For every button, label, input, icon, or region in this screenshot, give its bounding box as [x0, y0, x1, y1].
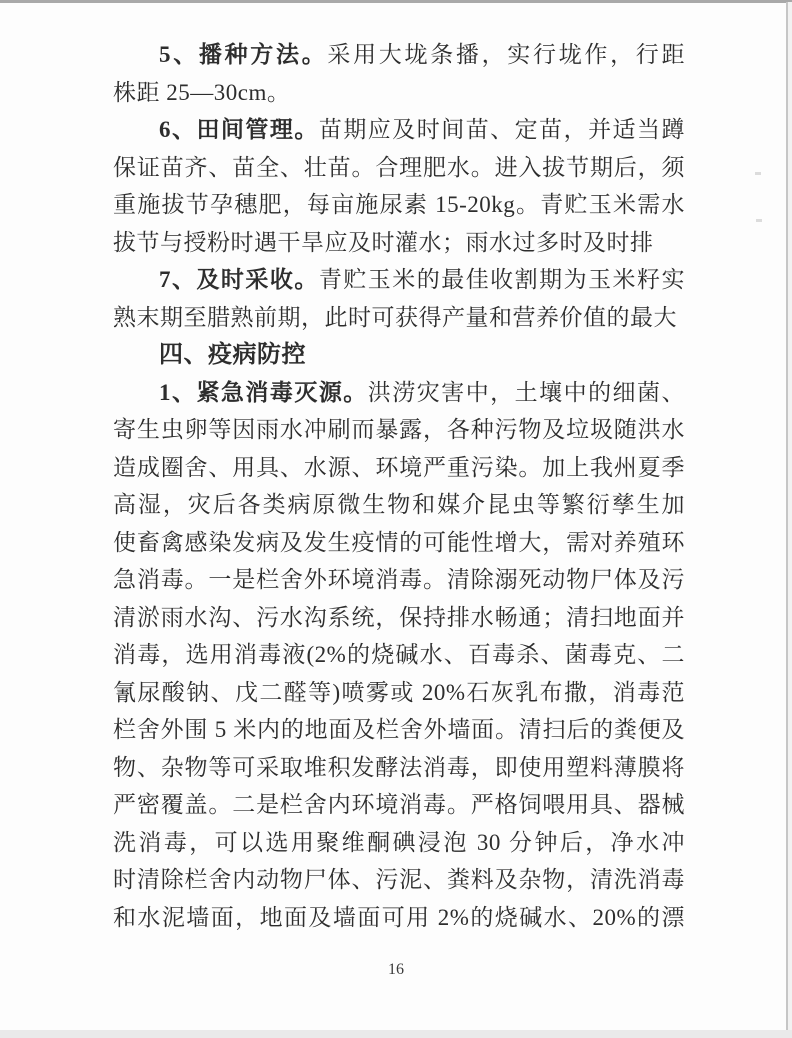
text-line: 7、及时采收。青贮玉米的最佳收割期为玉米籽实的乳	[113, 261, 685, 299]
text-line: 重施拔节孕穗肥，每亩施尿素 15-20kg。青贮玉米需水较多，	[113, 186, 685, 224]
line-text: 拔节与授粉时遇干旱应及时灌水；雨水过多时及时排涝。	[113, 230, 654, 262]
line-text: 高湿，灾后各类病原微生物和媒介昆虫等繁衍孳生加快，致	[113, 492, 685, 524]
text-line: 栏舍外围 5 米内的地面及栏舍外墙面。清扫后的粪便及污	[113, 711, 685, 749]
text-line: 1、紧急消毒灭源。洪涝灾害中，土壤中的细菌、病毒、	[113, 374, 685, 412]
scanned-document-page: 5、播种方法。采用大垅条播，实行垅作，行距 40cm，株距 25—30cm。6、…	[0, 0, 792, 1038]
line-text: 造成圈舍、用具、水源、环境严重污染。加上我州夏季高温	[113, 455, 685, 487]
heading-text: 四、疫病防控	[159, 341, 306, 368]
scan-edge-top	[0, 0, 792, 3]
page-number: 16	[0, 961, 792, 979]
line-lead-bold: 5、播种方法。	[159, 42, 327, 67]
line-text: 消毒，选用消毒液(2%的烧碱水、百毒杀、菌毒克、二氯异	[113, 642, 685, 674]
scan-noise-speck	[756, 219, 762, 222]
line-lead-bold: 7、及时采收。	[159, 267, 319, 292]
text-line: 高湿，灾后各类病原微生物和媒介昆虫等繁衍孳生加快，致	[113, 486, 685, 524]
scan-edge-right-line	[786, 2, 788, 1038]
line-text: 和水泥墙面，地面及墙面可用 2%的烧碱水、20%的漂白粉、	[113, 905, 685, 937]
line-text: 氰尿酸钠、戊二醛等)喷雾或 20%石灰乳布撒，消毒范围包括	[113, 680, 685, 712]
text-line: 消毒，选用消毒液(2%的烧碱水、百毒杀、菌毒克、二氯异	[113, 636, 685, 674]
line-text: 栏舍外围 5 米内的地面及栏舍外墙面。清扫后的粪便及污	[113, 717, 685, 749]
line-text: 洗消毒，可以选用聚维酮碘浸泡 30 分钟后，净水冲洗。及	[113, 830, 685, 862]
text-line: 造成圈舍、用具、水源、环境严重污染。加上我州夏季高温	[113, 449, 685, 487]
section-heading: 四、疫病防控	[113, 336, 685, 374]
line-text: 寄生虫卵等因雨水冲刷而暴露，各种污物及垃圾随洪水流淌，	[113, 417, 685, 449]
text-line: 清淤雨水沟、污水沟系统，保持排水畅通；清扫地面并全面	[113, 599, 685, 637]
line-text: 时清除栏舍内动物尸体、污泥、粪料及杂物，清洗消毒地面	[113, 867, 685, 899]
line-text: 物、杂物等可采取堆积发酵法消毒，即使用塑料薄膜将粪污	[113, 755, 685, 787]
line-text: 严密覆盖。二是栏舍内环境消毒。严格饲喂用具、器械等清	[113, 792, 685, 824]
text-line: 使畜禽感染发病及发生疫情的可能性增大，需对养殖环境紧	[113, 524, 685, 562]
line-text: 重施拔节孕穗肥，每亩施尿素 15-20kg。青贮玉米需水较多，	[113, 192, 685, 224]
scan-noise-speck	[755, 172, 761, 175]
text-line: 和水泥墙面，地面及墙面可用 2%的烧碱水、20%的漂白粉、	[113, 899, 685, 937]
text-line: 熟末期至腊熟前期，此时可获得产量和营养价值的最大值。	[113, 299, 685, 337]
text-line: 严密覆盖。二是栏舍内环境消毒。严格饲喂用具、器械等清	[113, 786, 685, 824]
line-text: 熟末期至腊熟前期，此时可获得产量和营养价值的最大值。	[113, 305, 677, 337]
text-line: 保证苗齐、苗全、壮苗。合理肥水。进入拔节期后，须及时	[113, 149, 685, 187]
scan-edge-bottom	[0, 1030, 792, 1038]
text-line: 物、杂物等可采取堆积发酵法消毒，即使用塑料薄膜将粪污	[113, 749, 685, 787]
text-line: 氰尿酸钠、戊二醛等)喷雾或 20%石灰乳布撒，消毒范围包括	[113, 674, 685, 712]
line-text: 保证苗齐、苗全、壮苗。合理肥水。进入拔节期后，须及时	[113, 155, 685, 187]
text-line: 6、田间管理。苗期应及时间苗、定苗，并适当蹲苗，	[113, 111, 685, 149]
line-lead-bold: 6、田间管理。	[159, 117, 319, 142]
line-text: 株距 25—30cm。	[113, 80, 290, 105]
line-lead-bold: 1、紧急消毒灭源。	[159, 380, 368, 405]
scan-edge-right-strip	[788, 2, 792, 1038]
text-line: 拔节与授粉时遇干旱应及时灌水；雨水过多时及时排涝。	[113, 224, 685, 262]
text-line: 5、播种方法。采用大垅条播，实行垅作，行距 40cm，	[113, 36, 685, 74]
text-block: 5、播种方法。采用大垅条播，实行垅作，行距 40cm，株距 25—30cm。6、…	[113, 36, 685, 936]
line-text: 清淤雨水沟、污水沟系统，保持排水畅通；清扫地面并全面	[113, 605, 685, 637]
text-line: 株距 25—30cm。	[113, 74, 685, 112]
text-line: 寄生虫卵等因雨水冲刷而暴露，各种污物及垃圾随洪水流淌，	[113, 411, 685, 449]
text-line: 时清除栏舍内动物尸体、污泥、粪料及杂物，清洗消毒地面	[113, 861, 685, 899]
text-line: 急消毒。一是栏舍外环境消毒。清除溺死动物尸体及污染物；	[113, 561, 685, 599]
line-text: 使畜禽感染发病及发生疫情的可能性增大，需对养殖环境紧	[113, 530, 685, 562]
text-line: 洗消毒，可以选用聚维酮碘浸泡 30 分钟后，净水冲洗。及	[113, 824, 685, 862]
line-text: 急消毒。一是栏舍外环境消毒。清除溺死动物尸体及污染物；	[113, 567, 685, 599]
